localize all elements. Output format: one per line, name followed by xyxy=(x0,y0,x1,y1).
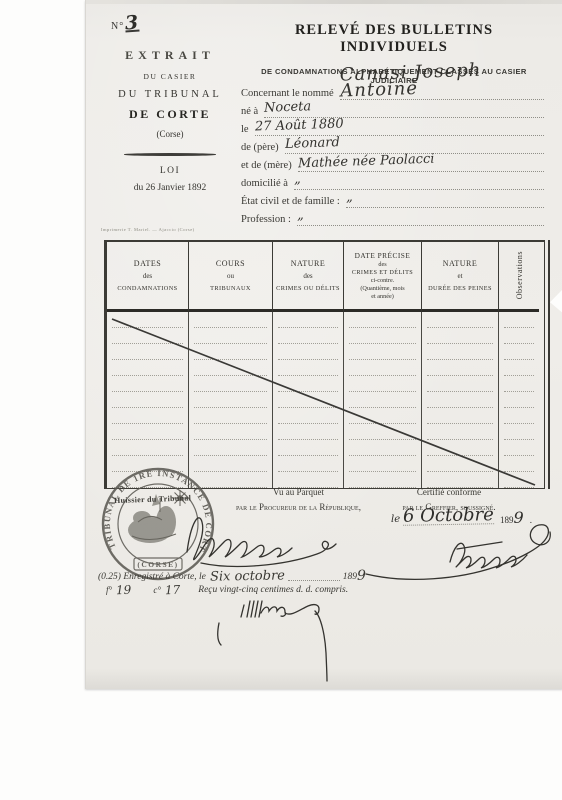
table-empty-cell xyxy=(344,328,422,344)
table-empty-cell xyxy=(422,344,499,360)
table-empty-cell xyxy=(499,344,539,360)
table-empty-cell xyxy=(344,408,422,424)
table-empty-cell xyxy=(189,360,273,376)
field-fill-line: 27 Août 1880 xyxy=(255,116,544,136)
header-line: DURÉE DES PEINES xyxy=(428,285,492,292)
issuer-divider-rule xyxy=(124,153,216,156)
table-empty-cell xyxy=(499,456,539,472)
table-empty-cell xyxy=(107,376,189,392)
registration-year-digit: 9 xyxy=(357,570,366,582)
table-empty-cell xyxy=(499,312,539,328)
header-line: des xyxy=(143,272,152,280)
table-empty-cell xyxy=(107,328,189,344)
table-body xyxy=(107,312,544,488)
col-header-cours: COURS ou TRIBUNAUX xyxy=(189,242,273,312)
law-heading: LOI xyxy=(104,166,236,176)
page-title: RELEVÉ DES BULLETINS INDIVIDUELS xyxy=(241,22,547,56)
field-label: de (père) xyxy=(241,142,279,154)
col-header-observations: Observations xyxy=(499,242,539,312)
col-header-nature-crimes: NATURE des CRIMES OU DÉLITS xyxy=(273,242,344,312)
field-handwritten-value: „ xyxy=(346,192,353,203)
name-handwritten-value: Canasi Joseph Antoine xyxy=(339,60,544,99)
header-line: CONDAMNATIONS xyxy=(117,285,177,292)
field-handwritten-value: „ xyxy=(297,210,304,221)
field-fill-line: „ xyxy=(346,188,544,208)
identity-form: Concernant le nommé Canasi Joseph Antoin… xyxy=(241,74,544,226)
number-label: N° xyxy=(111,21,124,32)
table-empty-cell xyxy=(273,456,344,472)
table-empty-cell xyxy=(422,360,499,376)
scanned-document-page: N°3 EXTRAIT DU CASIER DU TRIBUNAL DE COR… xyxy=(0,0,562,800)
field-label: le xyxy=(241,124,249,136)
field-fill-line: Canasi Joseph Antoine xyxy=(340,64,544,100)
header-line: et xyxy=(457,272,462,280)
table-empty-cell xyxy=(422,472,499,488)
table-empty-cell xyxy=(499,472,539,488)
case-label: c° xyxy=(153,585,161,595)
page-curl-artifact xyxy=(550,288,562,314)
table-empty-cell xyxy=(344,440,422,456)
du-tribunal-line: DU TRIBUNAL xyxy=(104,89,236,100)
table-empty-cell xyxy=(344,472,422,488)
col-header-date-precise: DATE PRÉCISE des CRIMES ET DÉLITS ci-con… xyxy=(344,242,422,312)
table-empty-cell xyxy=(422,328,499,344)
table-empty-cell xyxy=(344,344,422,360)
table-empty-cell xyxy=(189,408,273,424)
table-empty-cell xyxy=(189,376,273,392)
header-line: DATES xyxy=(134,259,161,268)
table-empty-cell xyxy=(273,328,344,344)
table-empty-cell xyxy=(273,440,344,456)
table-empty-cell xyxy=(273,312,344,328)
field-handwritten-value: Mathée née Paolacci xyxy=(298,154,435,170)
registration-handwritten-date: Six octobre xyxy=(210,570,285,582)
header-line: ci-contre. xyxy=(371,277,395,284)
table-empty-cell xyxy=(499,376,539,392)
field-handwritten-value: „ xyxy=(294,174,301,185)
field-fill-line: Noceta xyxy=(264,98,544,118)
header-line: et année) xyxy=(371,293,394,300)
table-empty-cell xyxy=(499,360,539,376)
de-corte-line: DE CORTE xyxy=(104,107,236,122)
table-empty-cell xyxy=(273,472,344,488)
paper-sheet: N°3 EXTRAIT DU CASIER DU TRIBUNAL DE COR… xyxy=(85,0,562,689)
table-empty-cell xyxy=(273,376,344,392)
field-handwritten-value: Léonard xyxy=(284,137,339,150)
field-fill-line: Mathée née Paolacci xyxy=(298,152,544,172)
table-empty-cell xyxy=(499,392,539,408)
folio-handwritten-value: 19 xyxy=(116,585,132,596)
table-empty-cell xyxy=(107,424,189,440)
table-empty-cell xyxy=(344,376,422,392)
field-fill-line: „ xyxy=(294,170,544,190)
case-handwritten-value: 17 xyxy=(165,585,181,596)
table-empty-cell xyxy=(273,344,344,360)
table-empty-cell xyxy=(422,456,499,472)
header-line: des xyxy=(303,272,312,280)
header-line: NATURE xyxy=(291,259,326,268)
table-outer-right-rule xyxy=(548,240,551,489)
header-line: CRIMES OU DÉLITS xyxy=(276,285,340,292)
header-line: des xyxy=(378,261,386,268)
du-casier-line: DU CASIER xyxy=(104,72,236,81)
law-date: du 26 Janvier 1892 xyxy=(104,183,236,193)
table-empty-cell xyxy=(189,440,273,456)
procureur-signature xyxy=(171,506,346,568)
table-empty-cell xyxy=(107,312,189,328)
convictions-table: DATES des CONDAMNATIONS COURS ou TRIBUNA… xyxy=(104,240,545,489)
table-empty-cell xyxy=(499,440,539,456)
header-line: DATE PRÉCISE xyxy=(355,251,411,260)
col-header-nature-peines: NATURE et DURÉE DES PEINES xyxy=(422,242,499,312)
field-handwritten-value: 27 Août 1880 xyxy=(254,118,343,132)
header-line: (Quantième, mois xyxy=(360,285,404,292)
table-empty-cell xyxy=(273,360,344,376)
folio-label: f° xyxy=(106,585,112,595)
issuer-block: EXTRAIT DU CASIER DU TRIBUNAL DE CORTE (… xyxy=(104,48,236,193)
table-empty-cell xyxy=(107,392,189,408)
table-empty-cell xyxy=(422,392,499,408)
number-handwritten-value: 3 xyxy=(125,16,140,33)
field-profession: Profession : „ xyxy=(241,208,544,226)
table-empty-cell xyxy=(273,408,344,424)
table-empty-cell xyxy=(107,344,189,360)
field-label: et de (mère) xyxy=(241,160,292,172)
table-empty-cell xyxy=(344,312,422,328)
table-empty-cell xyxy=(107,440,189,456)
field-label: domicilié à xyxy=(241,178,288,190)
field-fill-line: Léonard xyxy=(285,134,544,154)
header-line-vertical: Observations xyxy=(515,251,524,299)
certifie-line1: Certifié conforme xyxy=(368,487,530,497)
col-header-dates: DATES des CONDAMNATIONS xyxy=(107,242,189,312)
header-line: TRIBUNAUX xyxy=(210,285,251,292)
registration-year-printed: 189 xyxy=(343,572,357,582)
field-fill-line: „ xyxy=(297,206,544,226)
table-empty-cell xyxy=(344,360,422,376)
table-empty-cell xyxy=(344,392,422,408)
header-line: COURS xyxy=(216,259,245,268)
table-empty-cell xyxy=(189,328,273,344)
corse-line: (Corse) xyxy=(104,129,236,139)
registration-line: (0.25) Enregistré à Corte, le Six octobr… xyxy=(98,570,448,582)
table-empty-cell xyxy=(344,424,422,440)
document-number: N°3 xyxy=(111,16,139,32)
table-empty-cell xyxy=(499,408,539,424)
header-line: ou xyxy=(227,272,234,280)
table-empty-cell xyxy=(422,424,499,440)
registrar-signature-scribble xyxy=(191,593,371,685)
header-line: CRIMES ET DÉLITS xyxy=(352,269,413,276)
extrait-heading: EXTRAIT xyxy=(104,48,236,63)
header-line: NATURE xyxy=(443,259,478,268)
table-empty-cell xyxy=(189,344,273,360)
table-empty-cell xyxy=(189,392,273,408)
vu-line1: Vu au Parquet xyxy=(216,487,381,497)
table-empty-cell xyxy=(422,312,499,328)
table-empty-cell xyxy=(189,312,273,328)
table-empty-cell xyxy=(107,360,189,376)
table-empty-cell xyxy=(422,440,499,456)
field-concernant: Concernant le nommé Canasi Joseph Antoin… xyxy=(241,74,544,100)
table-empty-cell xyxy=(422,376,499,392)
field-label: Profession : xyxy=(241,214,291,226)
registration-printed-prefix: (0.25) Enregistré à Corte, le xyxy=(98,572,206,582)
table-empty-cell xyxy=(499,328,539,344)
field-handwritten-value: Noceta xyxy=(264,101,312,114)
table-empty-cell xyxy=(273,424,344,440)
table-empty-cell xyxy=(107,408,189,424)
table-empty-cell xyxy=(344,456,422,472)
table-empty-cell xyxy=(499,424,539,440)
registration-dotted-fill xyxy=(288,580,340,581)
table-empty-cell xyxy=(273,392,344,408)
table-empty-cell xyxy=(422,408,499,424)
table-header-row: DATES des CONDAMNATIONS COURS ou TRIBUNA… xyxy=(107,242,544,312)
printer-imprint: Imprimerie T. Mariel. — Ajaccio (Corse) xyxy=(101,227,195,232)
table-empty-cell xyxy=(189,424,273,440)
